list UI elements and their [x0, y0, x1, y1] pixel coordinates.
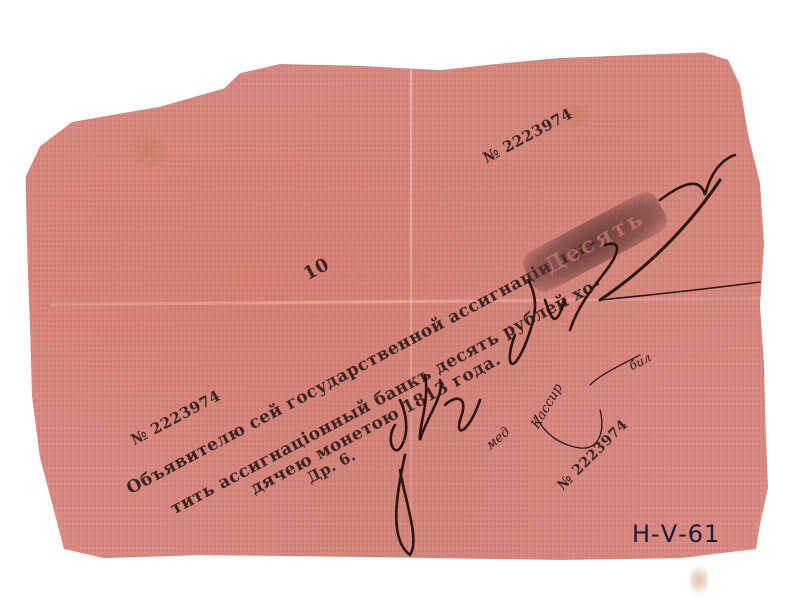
banknote-photo: № 2223974 10 № 2223974 Объявителю сей го… [0, 0, 800, 610]
vertical-fold-crease [410, 70, 412, 560]
paper-stain [130, 130, 170, 170]
archive-pencil-note: H-Ⅴ-61 [632, 520, 720, 548]
paper-stain [690, 560, 708, 600]
